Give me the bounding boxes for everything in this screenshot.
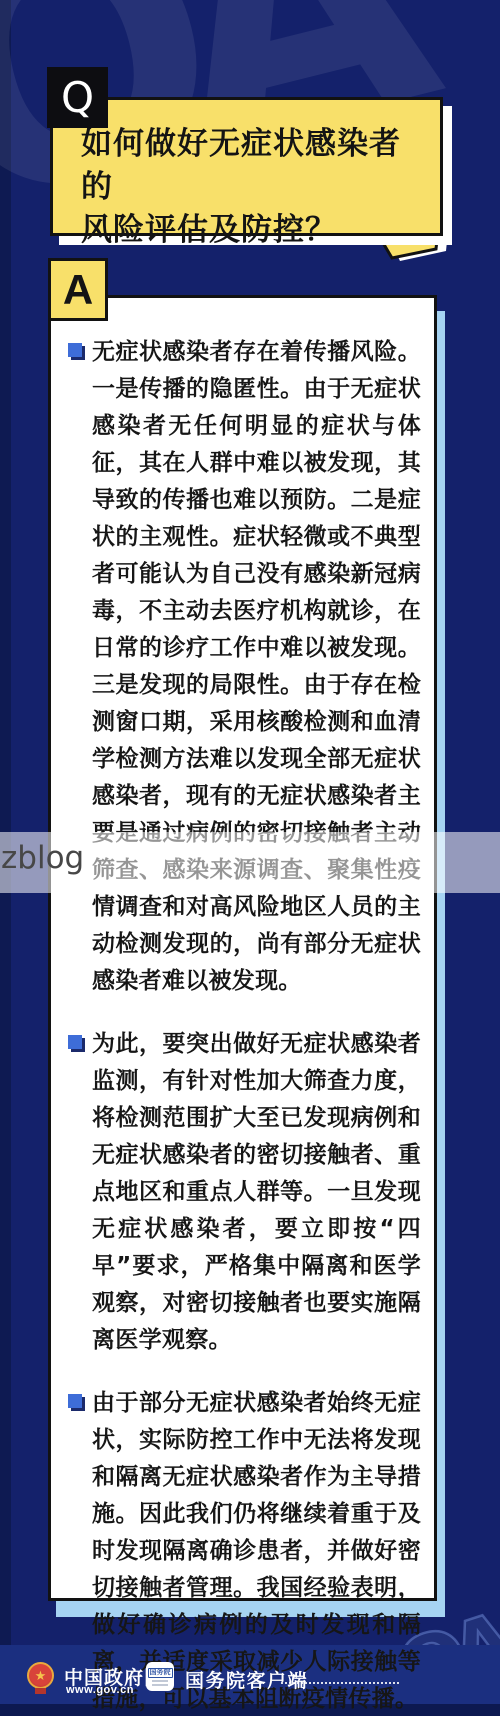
footer-dotted-divider [281, 1682, 399, 1684]
question-line-2: 风险评估及防控？ [81, 209, 421, 252]
zblog-watermark-text: zblog [1, 840, 84, 876]
square-bullet-icon [68, 1394, 82, 1408]
answer-paragraph-text: 无症状感染者存在着传播风险。一是传播的隐匿性。由于无症状感染者无任何明显的症状与… [92, 334, 421, 1000]
infographic-poster: QA QA 如何做好无症状感染者的 风险评估及防控？ Q 无症状感染者存在着传播… [0, 0, 500, 1716]
answer-paragraph-text: 为此，要突出做好无症状感染者监测，有针对性加大筛查力度，将检测范围扩大至已发现病… [92, 1026, 421, 1359]
zblog-watermark-band: zblog [0, 832, 500, 893]
app-icon-text: 国务院 [148, 1668, 173, 1678]
app-icon-line [152, 1684, 168, 1686]
question-line-1: 如何做好无症状感染者的 [81, 123, 421, 209]
q-label: Q [61, 77, 94, 119]
square-bullet-icon [68, 1035, 82, 1049]
national-emblem-icon [27, 1662, 54, 1689]
state-council-app-icon: 国务院 [146, 1662, 174, 1691]
a-label-square: A [48, 258, 108, 321]
question-text: 如何做好无症状感染者的 风险评估及防控？ [81, 123, 421, 252]
question-bubble: 如何做好无症状感染者的 风险评估及防控？ [50, 97, 443, 236]
answer-box: 无症状感染者存在着传播风险。一是传播的隐匿性。由于无症状感染者无任何明显的症状与… [48, 295, 437, 1601]
answer-paragraph-2: 为此，要突出做好无症状感染者监测，有针对性加大筛查力度，将检测范围扩大至已发现病… [68, 1026, 421, 1359]
square-bullet-icon [68, 343, 82, 357]
app-icon-line [152, 1680, 168, 1682]
q-label-square: Q [47, 67, 108, 128]
app-name: 国务院客户端 [185, 1666, 308, 1693]
answer-paragraph-1: 无症状感染者存在着传播风险。一是传播的隐匿性。由于无症状感染者无任何明显的症状与… [68, 334, 421, 1000]
gov-site-url: www.gov.cn [66, 1684, 134, 1696]
a-label: A [63, 269, 93, 311]
